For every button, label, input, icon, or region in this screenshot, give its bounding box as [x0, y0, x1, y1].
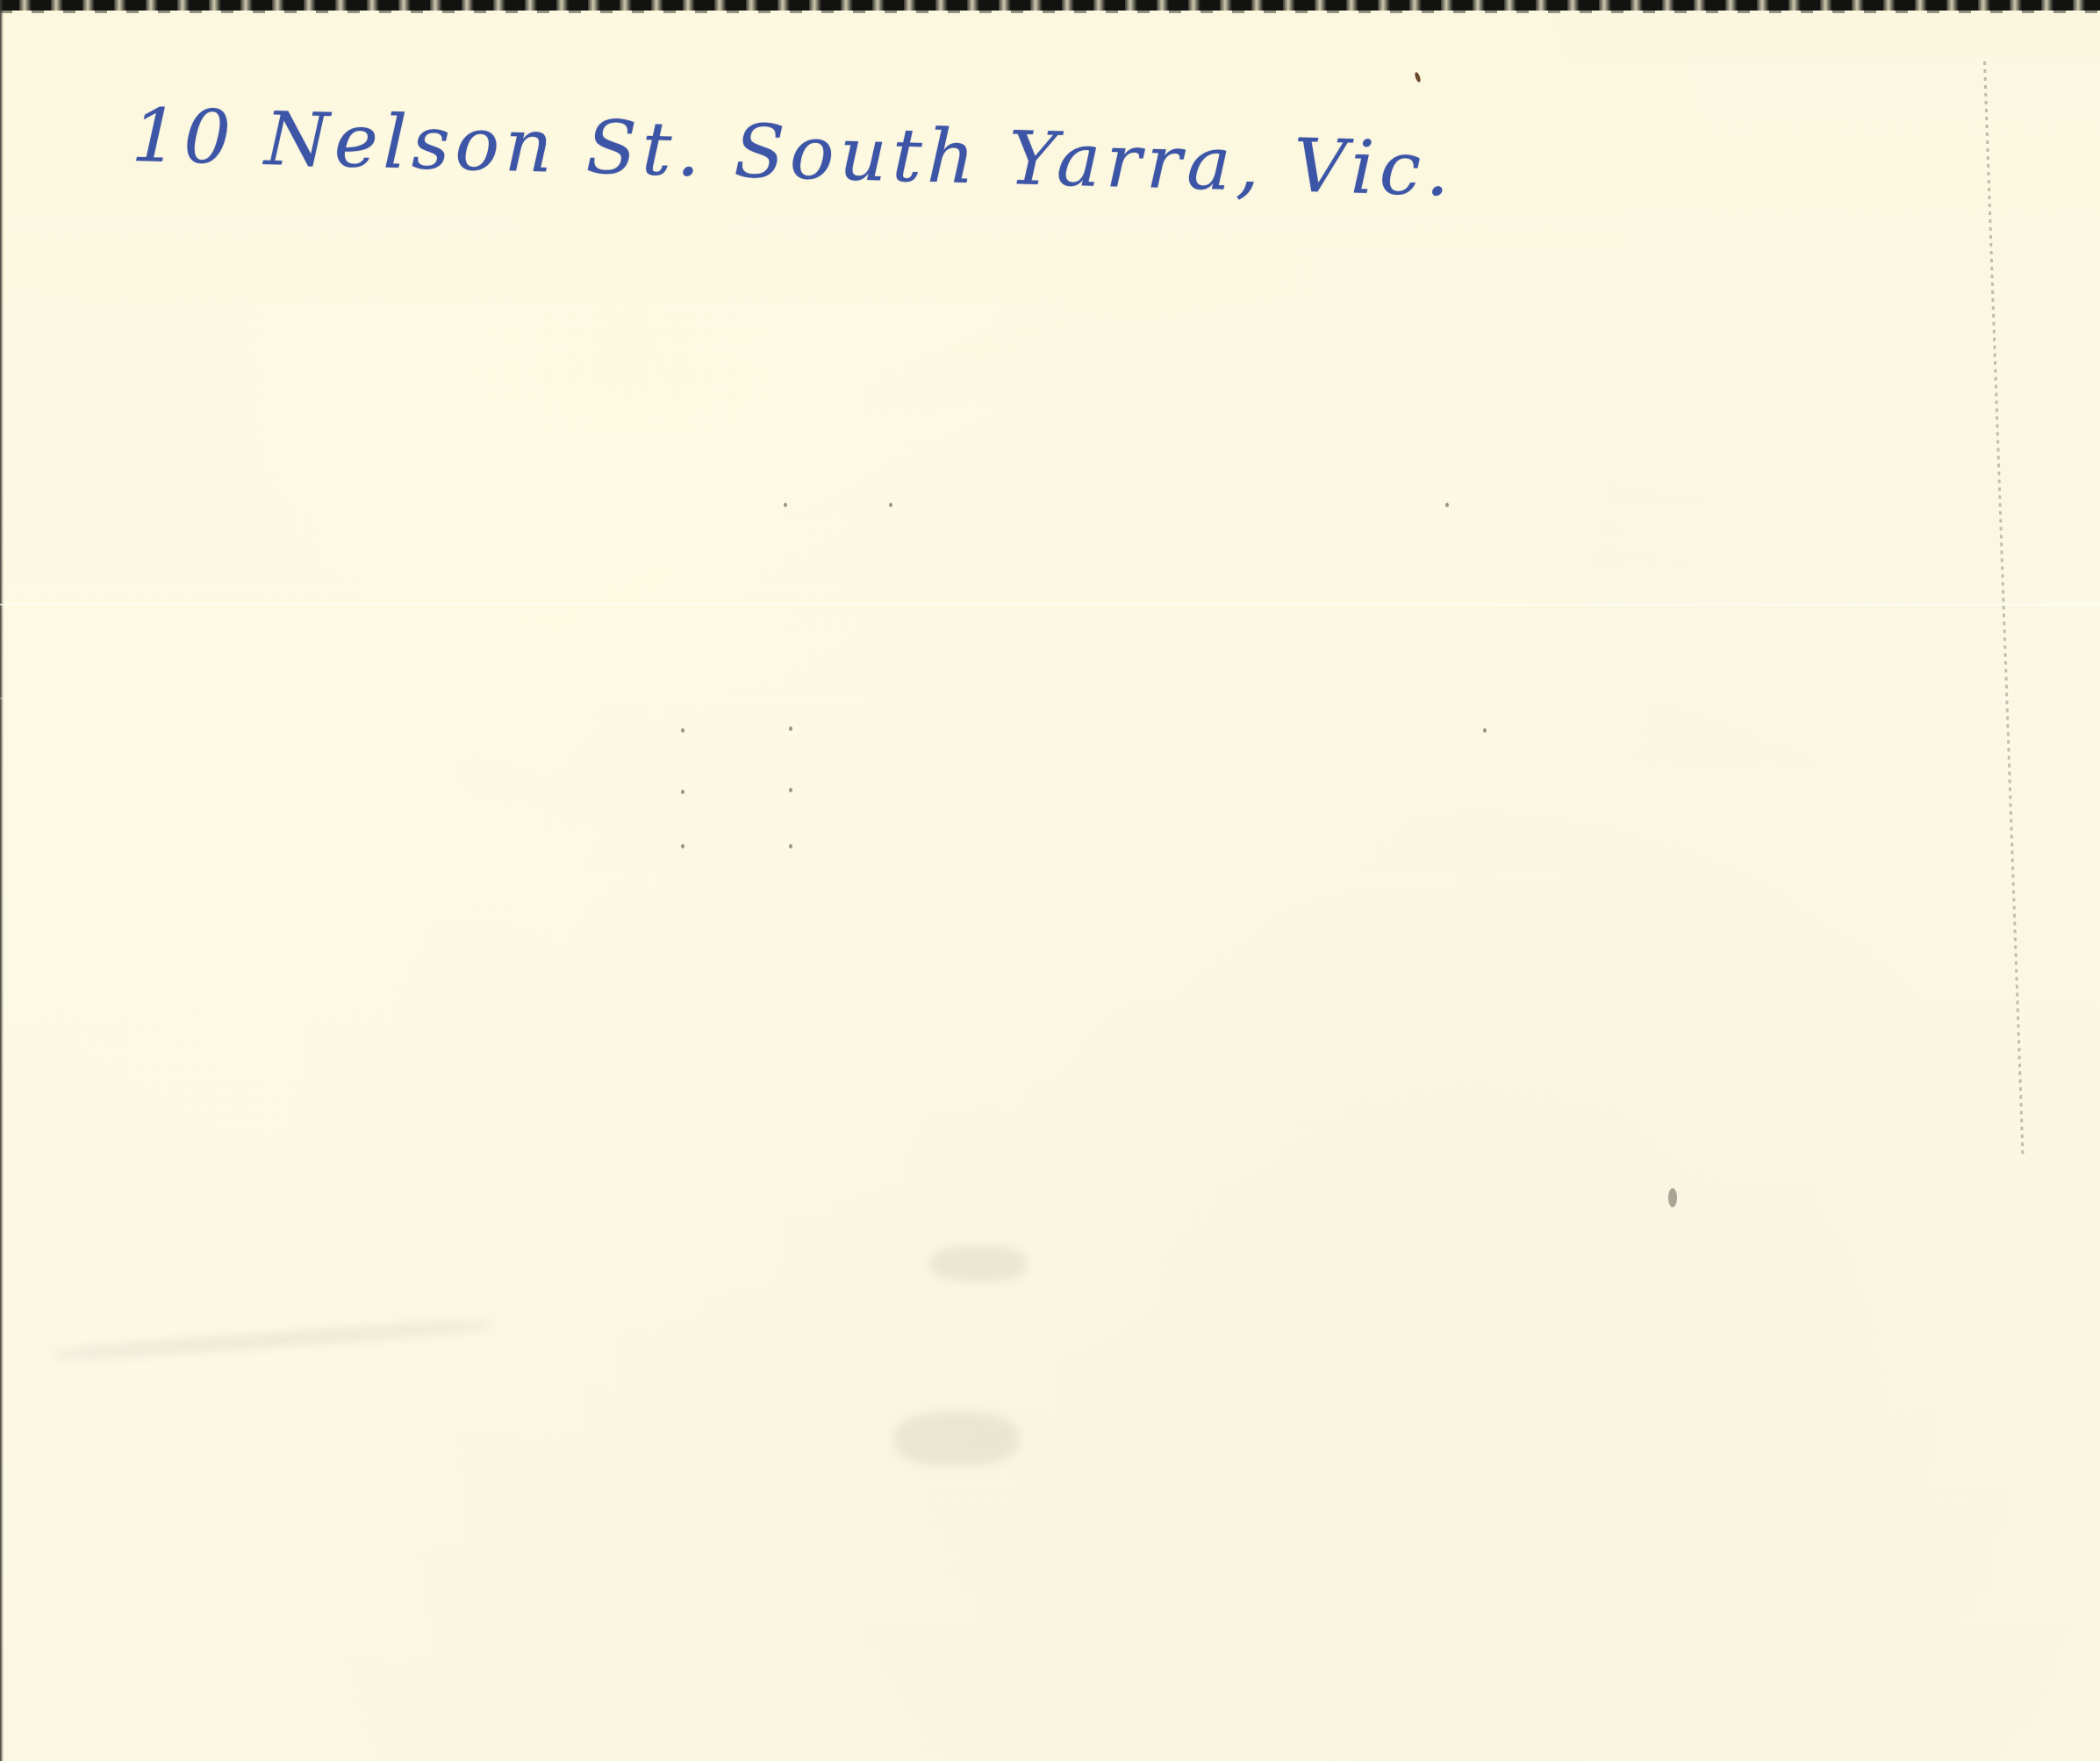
paper-speck	[789, 788, 792, 792]
pencil-smudge	[895, 1413, 1018, 1465]
faint-pencil-line	[1983, 61, 2025, 1157]
paper-speck	[789, 844, 792, 848]
pencil-smudge	[53, 1319, 491, 1362]
handwritten-address: 10 Nelson St. South Yarra, Vic.	[131, 92, 1456, 212]
ink-mark	[1414, 72, 1422, 83]
scan-top-edge	[0, 0, 2100, 11]
paper-speck	[1483, 728, 1487, 733]
paper-speck	[681, 844, 684, 848]
paper-crease	[0, 698, 2100, 699]
paper-speck	[1668, 1188, 1677, 1207]
paper-speck	[889, 503, 892, 507]
paper-speck	[681, 728, 684, 733]
archival-card: 10 Nelson St. South Yarra, Vic.	[0, 0, 2100, 1761]
paper-crease	[0, 604, 2100, 605]
scan-left-edge	[0, 0, 4, 1761]
paper-speck	[1445, 503, 1449, 507]
paper-speck	[784, 503, 787, 507]
paper-speck	[681, 790, 684, 794]
paper-speck	[789, 727, 792, 731]
perforation-marks	[0, 11, 2100, 13]
pencil-smudge	[930, 1246, 1027, 1281]
